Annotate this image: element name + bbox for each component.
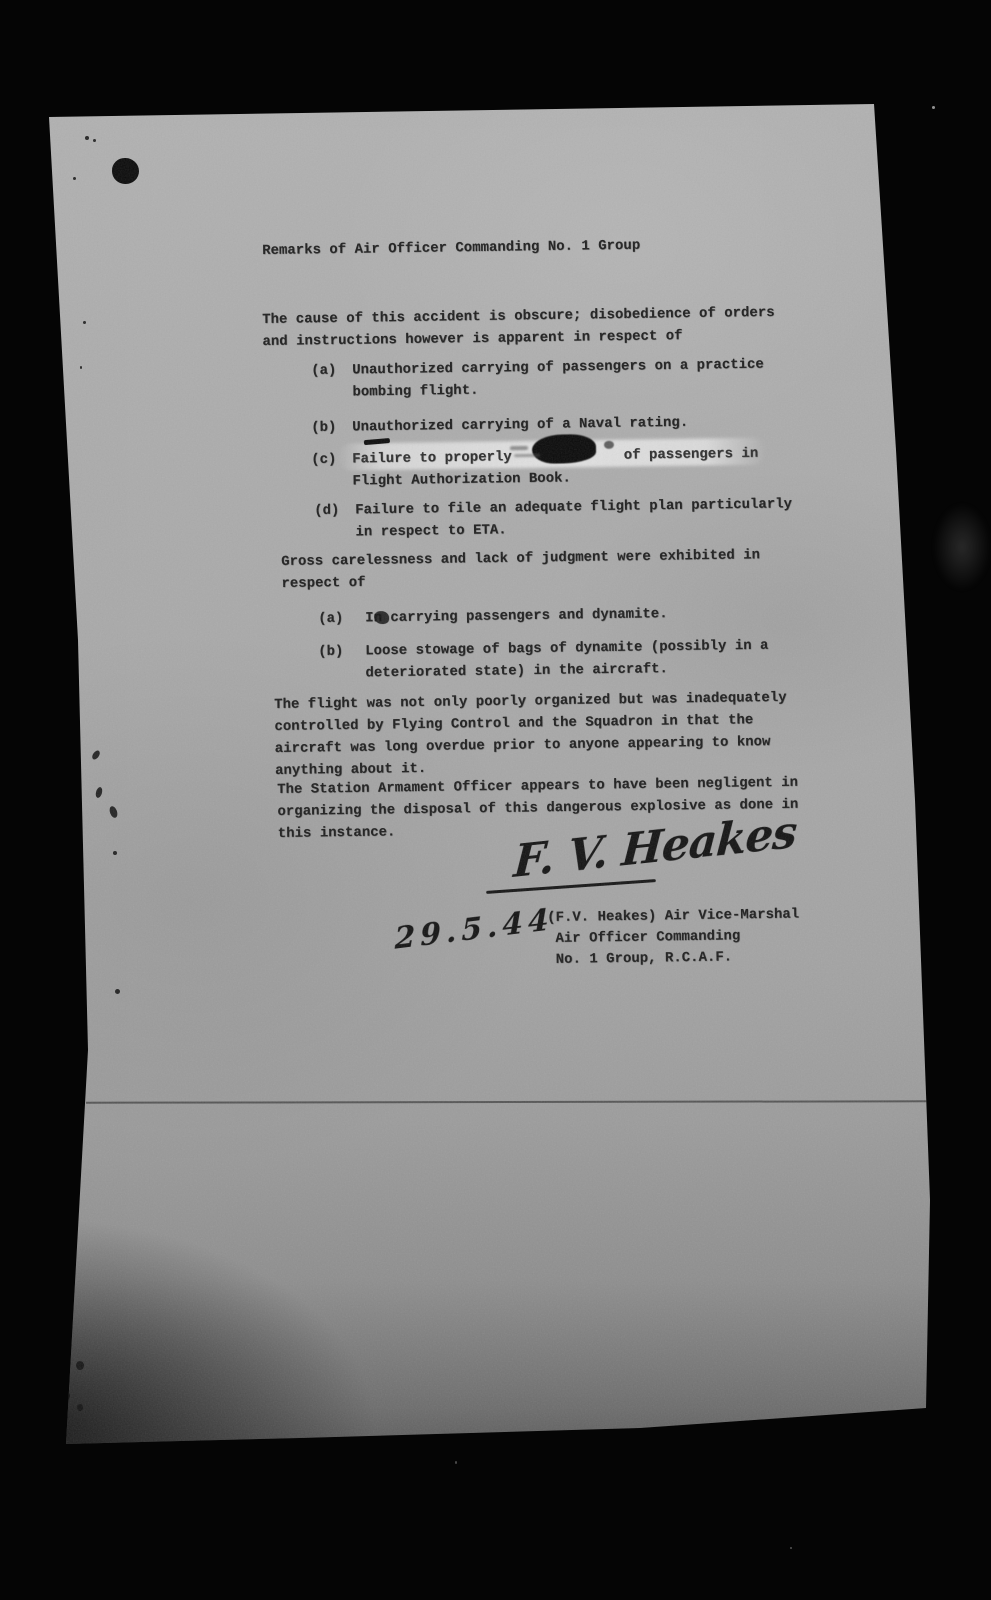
background-smudge	[933, 503, 991, 591]
dust-speck	[455, 1461, 457, 1464]
paper-edge-shadow	[0, 0, 991, 1600]
dust-speck	[932, 106, 935, 109]
scan-background: Remarks of Air Officer Commanding No. 1 …	[0, 0, 991, 1600]
document-page: Remarks of Air Officer Commanding No. 1 …	[0, 0, 991, 1600]
ink-speck	[63, 1341, 70, 1350]
dust-speck	[790, 1547, 792, 1549]
